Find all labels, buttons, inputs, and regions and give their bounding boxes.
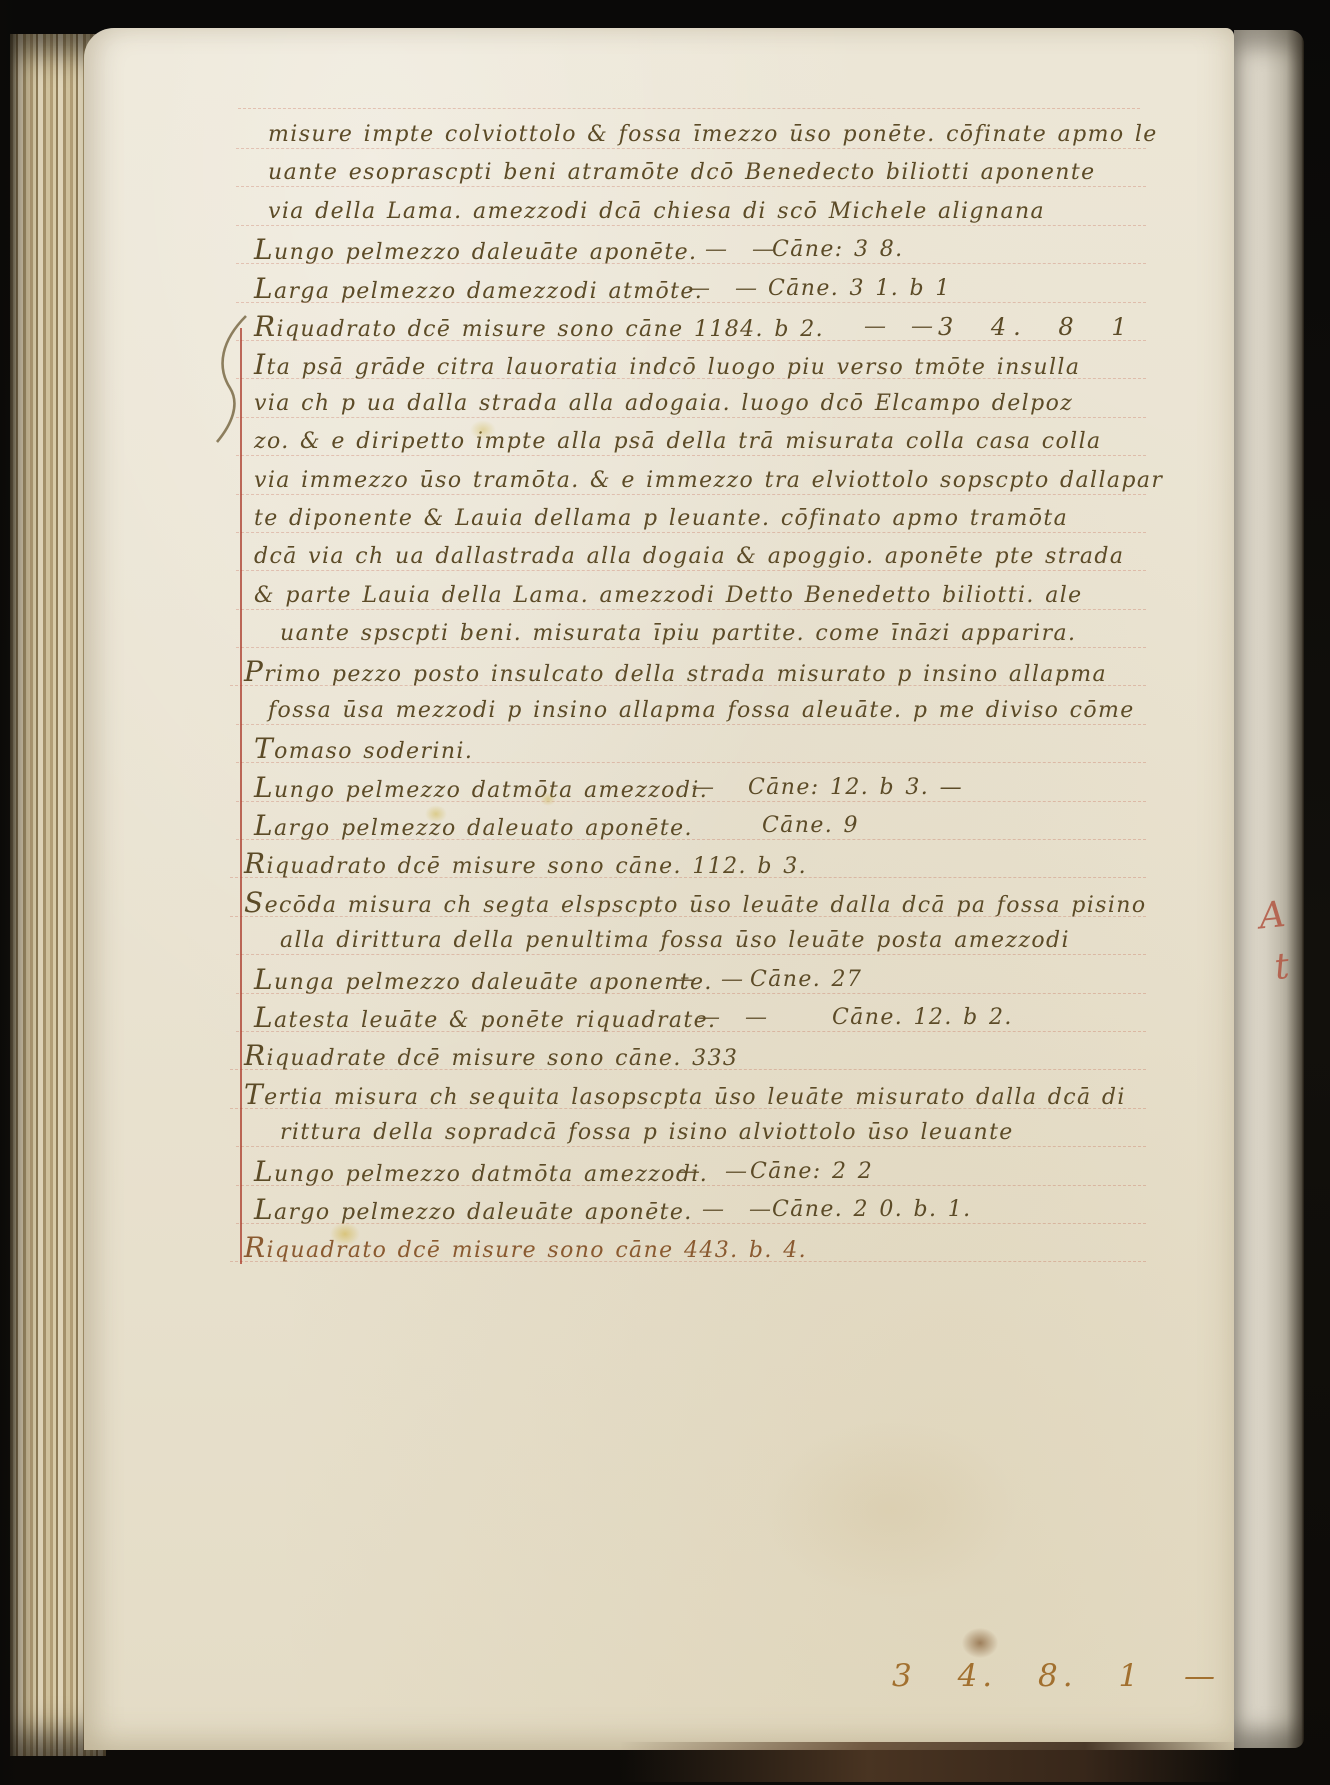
- manuscript-line: alla dirittura della penultima fossa ūso…: [250, 922, 1150, 960]
- line-text: misure impte colviottolo & fossa īmezzo …: [268, 122, 1158, 147]
- right-page-edge: [1234, 30, 1304, 1748]
- line-text: Primo pezzo posto insulcato della strada…: [244, 662, 1107, 687]
- line-text: uante spscpti beni. misurata īpiu partit…: [280, 621, 1076, 646]
- folio-figures-bottom: 3 4. 8. 1 —: [892, 1658, 1220, 1694]
- line-text: fossa ūsa mezzodi p insino allapma fossa…: [268, 698, 1135, 723]
- line-text: Riquadrato dcē misure sono cāne 443. b. …: [244, 1238, 807, 1263]
- line-text: uante esoprascpti beni atramōte dcō Bene…: [268, 160, 1096, 185]
- manuscript-line: Riquadrato dcē misure sono cāne 443. b. …: [244, 1229, 1150, 1267]
- line-text: via ch p ua dalla strada alla adogaia. l…: [254, 391, 1073, 416]
- line-text: Lunga pelmezzo daleuāte aponente.: [254, 970, 713, 995]
- ruling-dashes: — —: [705, 231, 782, 269]
- line-text: Secōda misura ch segta elspscpto ūso leu…: [244, 893, 1147, 918]
- line-text: & parte Lauia della Lama. amezzodi Detto…: [254, 583, 1083, 608]
- measure-value: Cāne. 27: [750, 961, 862, 999]
- manuscript-line: te diponente & Lauia dellama p leuante. …: [250, 500, 1150, 538]
- ruling-dashes: — —: [674, 961, 751, 999]
- ruling-dashes: — —: [698, 999, 775, 1037]
- manuscript-line: misure impte colviottolo & fossa īmezzo …: [250, 116, 1150, 154]
- ruling-dashes: —: [692, 769, 722, 807]
- line-text: dcā via ch ua dallastrada alla dogaia & …: [254, 544, 1124, 569]
- measure-value: Cāne. 9: [762, 807, 859, 845]
- manuscript-line: Ita psā grāde citra lauoratia indcō luog…: [250, 346, 1150, 384]
- manuscript-line: Latesta leuāte & ponēte riquadrate.— —Cā…: [250, 999, 1150, 1037]
- edge-note-letter: A: [1257, 889, 1288, 943]
- book-photo: misure impte colviottolo & fossa īmezzo …: [0, 0, 1330, 1785]
- manuscript-line: rittura della sopradcā fossa p isino alv…: [250, 1114, 1150, 1152]
- line-text: Tertia misura ch sequita lasopscpta ūso …: [244, 1085, 1126, 1110]
- manuscript-line: via della Lama. amezzodi dcā chiesa di s…: [250, 193, 1150, 231]
- manuscript-line: Riquadrate dcē misure sono cāne. 333: [244, 1037, 1150, 1075]
- red-ruling-line: [238, 108, 1140, 109]
- manuscript-line: Tertia misura ch sequita lasopscpta ūso …: [244, 1076, 1150, 1114]
- line-text: Riquadrato dcē misure sono cāne 1184. b …: [254, 317, 824, 342]
- line-text: zo. & e diripetto impte alla psā della t…: [254, 429, 1102, 454]
- line-text: Largo pelmezzo daleuato aponēte.: [254, 816, 693, 841]
- manuscript-line: Lungo pelmezzo datmōta amezzodi.—Cāne: 1…: [250, 769, 1150, 807]
- line-text: Lungo pelmezzo datmōta amezzodi.: [254, 1162, 708, 1187]
- measure-value: Cāne. 3 1. b 1: [768, 270, 951, 308]
- ruling-dashes: — —: [702, 1191, 779, 1229]
- line-text: Ita psā grāde citra lauoratia indcō luog…: [254, 355, 1080, 380]
- manuscript-line: dcā via ch ua dallastrada alla dogaia & …: [250, 538, 1150, 576]
- manuscript-line: Riquadrato dcē misure sono cāne 1184. b …: [250, 308, 1150, 346]
- manuscript-line: Largo pelmezzo daleuato aponēte.Cāne. 9: [250, 807, 1150, 845]
- manuscript-line: via ch p ua dalla strada alla adogaia. l…: [250, 385, 1150, 423]
- text-block: misure impte colviottolo & fossa īmezzo …: [250, 116, 1150, 1268]
- margin-figures: 3 4. 8 1: [938, 308, 1134, 346]
- line-text: Larga pelmezzo damezzodi atmōte.: [254, 279, 703, 304]
- manuscript-line: zo. & e diripetto impte alla psā della t…: [250, 423, 1150, 461]
- red-margin-rule: [240, 328, 242, 1264]
- manuscript-line: Largo pelmezzo daleuāte aponēte.— —Cāne.…: [250, 1191, 1150, 1229]
- line-text: Riquadrate dcē misure sono cāne. 333: [244, 1046, 738, 1071]
- measure-value: Cāne. 12. b 2.: [832, 999, 1013, 1037]
- line-text: Latesta leuāte & ponēte riquadrate.: [254, 1008, 716, 1033]
- line-text: rittura della sopradcā fossa p isino alv…: [280, 1120, 1014, 1145]
- line-text: alla dirittura della penultima fossa ūso…: [280, 928, 1070, 953]
- ruling-dashes: — —: [864, 308, 941, 346]
- line-text: Largo pelmezzo daleuāte aponēte.: [254, 1200, 693, 1225]
- line-text: via immezzo ūso tramōta. & e immezzo tra…: [254, 468, 1163, 493]
- binding-shadow: [0, 0, 18, 1785]
- ruling-dashes: — —: [678, 1153, 755, 1191]
- line-text: Lungo pelmezzo datmōta amezzodi.: [254, 778, 708, 803]
- manuscript-line: Lungo pelmezzo daleuāte aponēte.— —Cāne:…: [250, 231, 1150, 269]
- manuscript-line: via immezzo ūso tramōta. & e immezzo tra…: [250, 462, 1150, 500]
- manuscript-line: uante esoprascpti beni atramōte dcō Bene…: [250, 154, 1150, 192]
- measure-value: Cāne: 12. b 3. —: [748, 769, 963, 807]
- measure-value: Cāne. 2 0. b. 1.: [772, 1191, 972, 1229]
- line-text: Tomaso soderini.: [254, 739, 473, 764]
- manuscript-line: uante spscpti beni. misurata īpiu partit…: [250, 615, 1150, 653]
- manuscript-line: Tomaso soderini.: [250, 730, 1150, 768]
- manuscript-line: Secōda misura ch segta elspscpto ūso leu…: [244, 884, 1150, 922]
- line-text: te diponente & Lauia dellama p leuante. …: [254, 506, 1068, 531]
- manuscript-line: Lunga pelmezzo daleuāte aponente.— —Cāne…: [250, 961, 1150, 999]
- line-text: via della Lama. amezzodi dcā chiesa di s…: [268, 199, 1045, 224]
- manuscript-line: Primo pezzo posto insulcato della strada…: [244, 653, 1150, 691]
- measure-value: Cāne: 3 8.: [772, 231, 904, 269]
- manuscript-line: Lungo pelmezzo datmōta amezzodi.— —Cāne:…: [250, 1153, 1150, 1191]
- manuscript-line: & parte Lauia della Lama. amezzodi Detto…: [250, 577, 1150, 615]
- line-text: Lungo pelmezzo daleuāte aponēte.: [254, 240, 697, 265]
- line-text: Riquadrato dcē misure sono cāne. 112. b …: [244, 854, 807, 879]
- manuscript-line: Riquadrato dcē misure sono cāne. 112. b …: [244, 845, 1150, 883]
- manuscript-line: fossa ūsa mezzodi p insino allapma fossa…: [250, 692, 1150, 730]
- ruling-dashes: — —: [688, 270, 765, 308]
- measure-value: Cāne: 2 2: [750, 1153, 873, 1191]
- manuscript-line: Larga pelmezzo damezzodi atmōte.— —Cāne.…: [250, 270, 1150, 308]
